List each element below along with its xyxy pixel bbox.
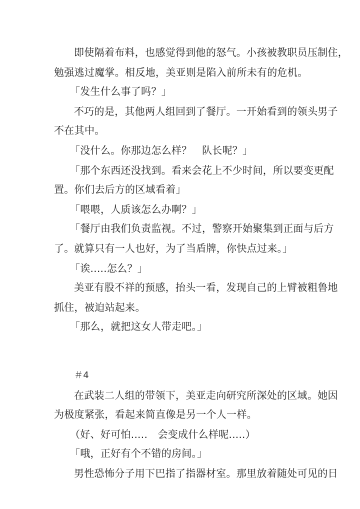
- dialogue-line: 「那么，就把这女人带走吧。」: [54, 318, 308, 338]
- dialogue-line: 「发生什么事了吗？」: [54, 83, 308, 103]
- dialogue-line: 了。就算只有一人也好，为了当盾牌，你快点过来。」: [54, 240, 308, 260]
- paragraph-line: 美亚有股不祥的预感，抬头一看，发现自己的上臂被粗鲁地: [54, 279, 308, 299]
- section-heading: ＃4: [54, 367, 308, 387]
- section-gap: [54, 338, 308, 367]
- dialogue-line: 「诶.....怎么？」: [54, 260, 308, 280]
- paragraph-line: 不在其中。: [54, 122, 308, 142]
- paragraph-line: 即使隔着布料，也感觉得到他的怒气。小孩被教职员压制住，: [54, 44, 308, 64]
- paragraph-line: 在武装二人组的带领下，美亚走向研究所深处的区域。她因: [54, 387, 308, 407]
- document-page: 即使隔着布料，也感觉得到他的怒气。小孩被教职员压制住， 勉强逃过魔掌。相反地，美…: [54, 44, 308, 484]
- paragraph-line: 为极度紧张，看起来简直像是另一个人一样。: [54, 406, 308, 426]
- dialogue-line: 「哦，正好有个不错的房间。」: [54, 445, 308, 465]
- paragraph-line: 男性恐怖分子用下巴指了指器材室。那里放着随处可见的日: [54, 465, 308, 485]
- dialogue-line: 「那个东西还没找到。看来会花上不少时间，所以要变更配: [54, 162, 308, 182]
- paragraph-line: 抓住，被迫站起来。: [54, 299, 308, 319]
- dialogue-line: 「餐厅由我们负责监视。不过，警察开始聚集到正面与后方: [54, 220, 308, 240]
- dialogue-line: 「没什么。你那边怎么样？ 队长呢？」: [54, 142, 308, 162]
- dialogue-line: 「喂喂，人质该怎么办啊？」: [54, 201, 308, 221]
- dialogue-line: 置。你们去后方的区域看着」: [54, 181, 308, 201]
- paragraph-line: 不巧的是，其他两人组回到了餐厅。一开始看到的领头男子: [54, 103, 308, 123]
- thought-line: （好、好可怕..... 会变成什么样呢.....）: [54, 426, 308, 446]
- paragraph-line: 勉强逃过魔掌。相反地，美亚则是陷入前所未有的危机。: [54, 64, 308, 84]
